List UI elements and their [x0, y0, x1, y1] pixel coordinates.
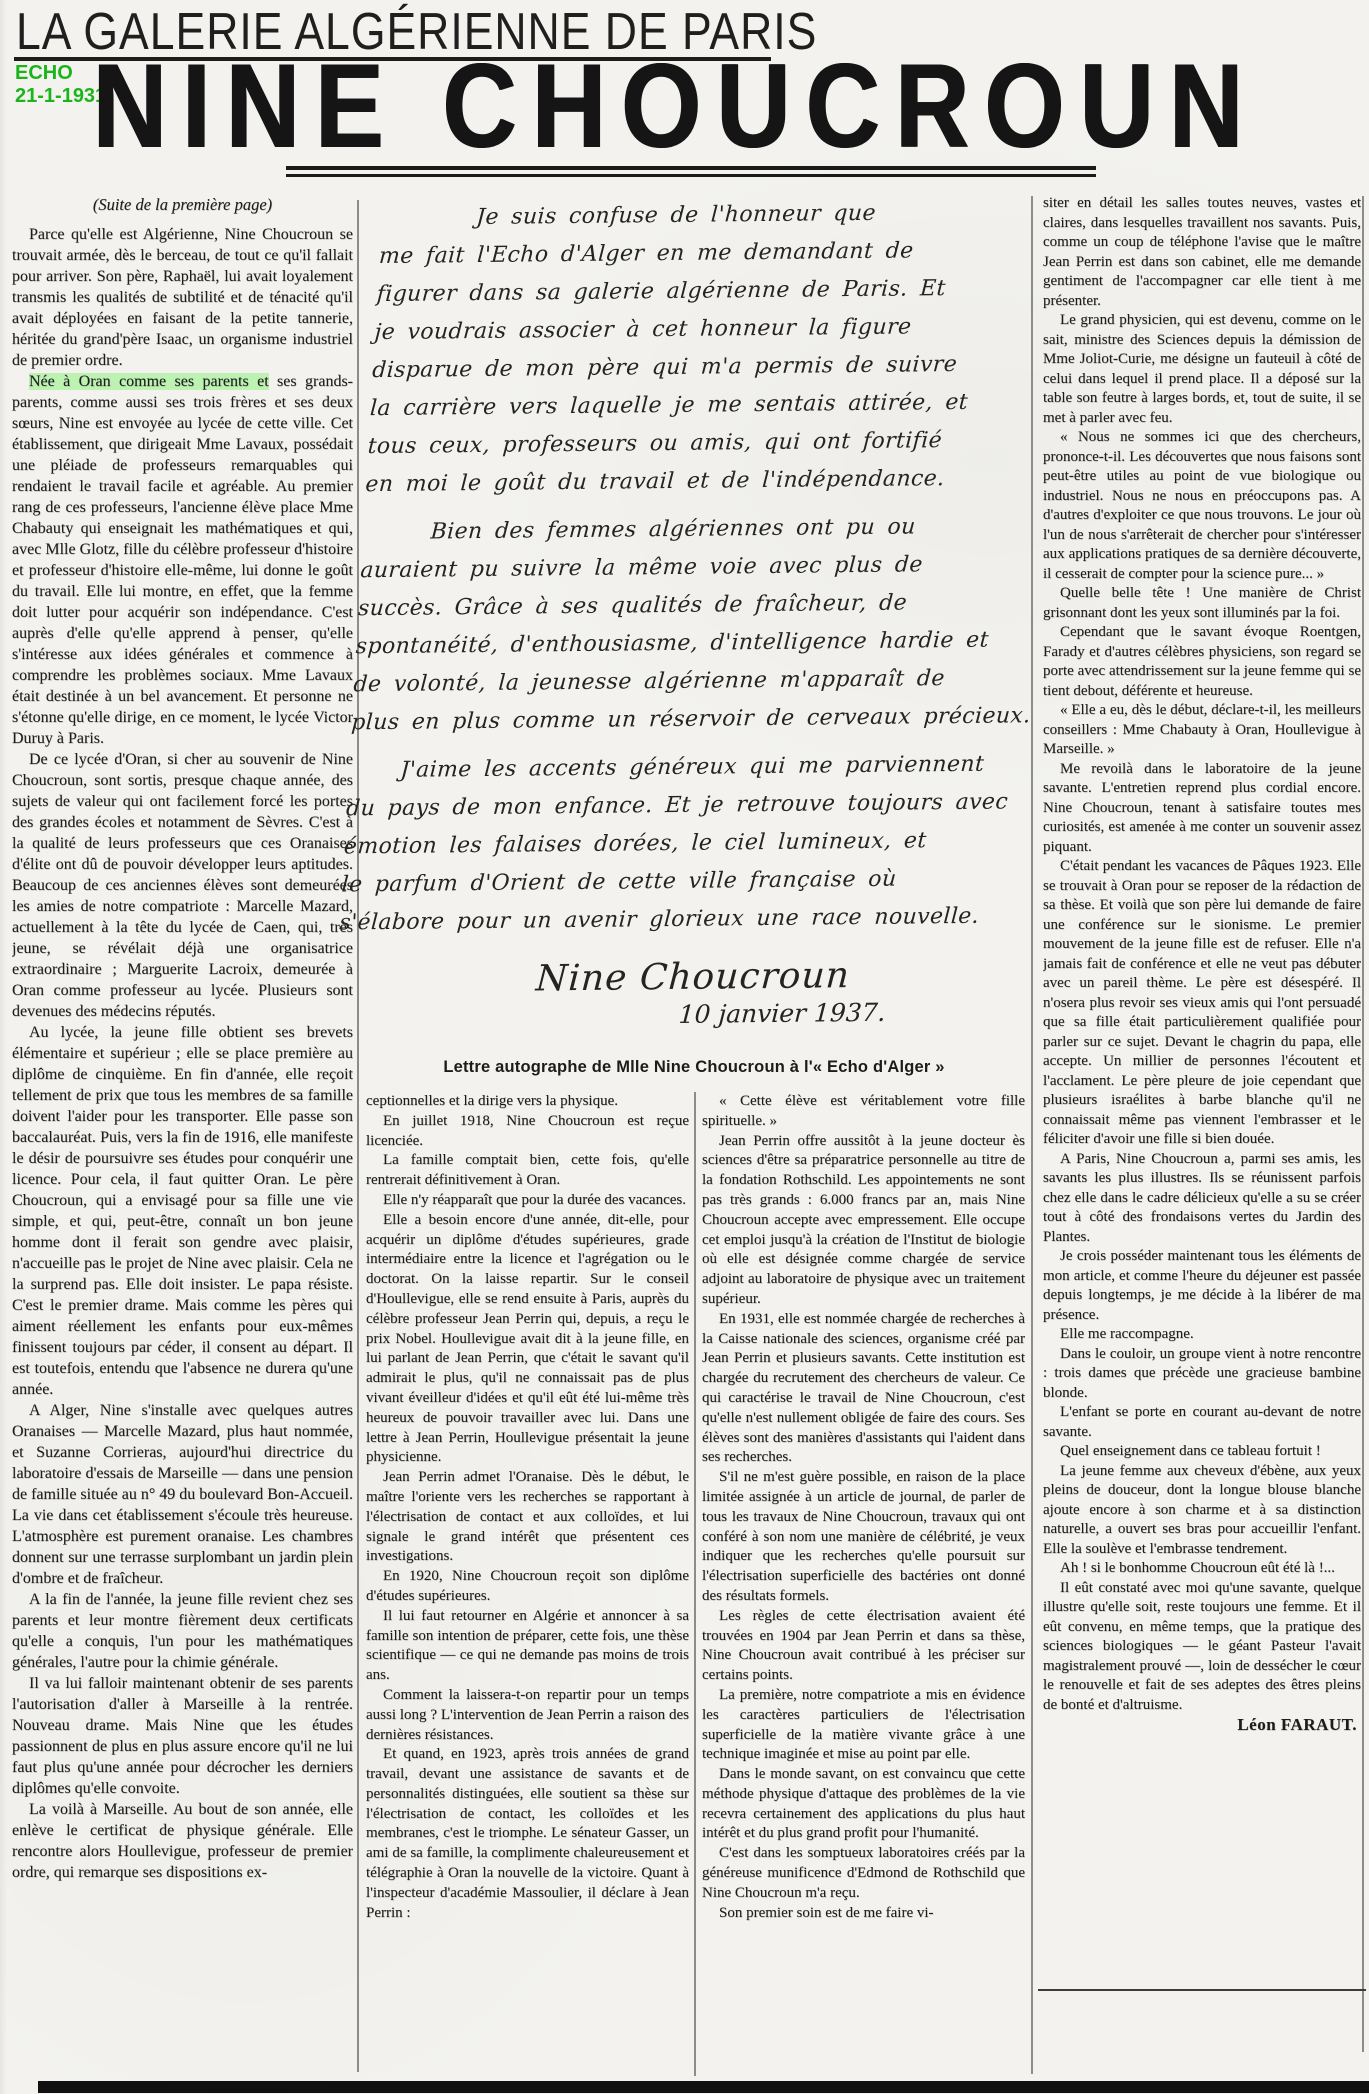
article-paragraph-highlighted: Née à Oran comme ses parents et ses gran…	[12, 371, 353, 749]
article-paragraph: C'était pendant les vacances de Pâques 1…	[1043, 857, 1361, 1150]
handwritten-line: J'aime les accents généreux qui me parvi…	[399, 752, 989, 796]
end-of-article-rule	[1038, 1989, 1366, 1991]
handwritten-date: 10 janvier 1937.	[678, 997, 975, 1029]
column-1-paragraphs: De ce lycée d'Oran, si cher au souvenir …	[12, 749, 353, 1883]
article-paragraph: La famille comptait bien, cette fois, qu…	[366, 1151, 689, 1191]
article-paragraph: En 1931, elle est nommée chargée de rech…	[702, 1310, 1025, 1468]
article-paragraph: De ce lycée d'Oran, si cher au souvenir …	[12, 749, 353, 1022]
article-paragraph: S'il ne m'est guère possible, en raison …	[702, 1468, 1025, 1607]
article-paragraph: La jeune femme aux cheveux d'ébène, aux …	[1043, 1462, 1361, 1560]
article-paragraph: A Paris, Nine Choucroun a, parmi ses ami…	[1043, 1150, 1361, 1248]
article-paragraph: L'enfant se porte en courant au-devant d…	[1043, 1403, 1361, 1442]
article-paragraph: En juillet 1918, Nine Choucroun est reçu…	[366, 1112, 689, 1152]
scan-bottom-bar	[38, 2081, 1369, 2093]
newspaper-page: LA GALERIE ALGÉRIENNE DE PARIS ECHO 21-1…	[0, 0, 1369, 2094]
handwritten-signature: Nine Choucroun	[535, 954, 977, 1000]
handwritten-line: Bien des femmes algériennes ont pu ou	[429, 514, 1003, 558]
column-divider-rule	[694, 1092, 696, 2076]
article-paragraph: Cependant que le savant évoque Roentgen,…	[1043, 623, 1361, 701]
article-paragraph: « Elle a eu, dès le début, déclare-t-il,…	[1043, 701, 1361, 760]
article-paragraph: Il lui faut retourner en Algérie et anno…	[366, 1607, 689, 1686]
article-paragraph: « Nous ne sommes ici que des chercheurs,…	[1043, 428, 1361, 584]
column-divider-rule	[1031, 196, 1033, 2074]
article-paragraph: Jean Perrin admet l'Oranaise. Dès le déb…	[366, 1468, 689, 1567]
column-divider-rule	[357, 200, 359, 2072]
article-column-3: « Cette élève est véritablement votre fi…	[702, 1092, 1025, 2080]
column-4-paragraphs: siter en détail les salles toutes neuves…	[1043, 194, 1361, 1715]
article-paragraph: Me revoilà dans le laboratoire de la jeu…	[1043, 760, 1361, 858]
article-paragraph: Comment la laissera-t-on repartir pour u…	[366, 1686, 689, 1745]
article-paragraph: Jean Perrin offre aussitôt à la jeune do…	[702, 1132, 1025, 1310]
article-paragraph: Elle n'y réapparaît que pour la durée de…	[366, 1191, 689, 1211]
handwritten-letter-image: Je suis confuse de l'honneur queme fait …	[332, 199, 1022, 1048]
article-paragraph: En 1920, Nine Choucroun reçoit son diplô…	[366, 1567, 689, 1607]
article-paragraph: A la fin de l'année, la jeune fille revi…	[12, 1589, 353, 1673]
article-paragraph: ceptionnelles et la dirige vers la physi…	[366, 1092, 689, 1112]
letter-caption: Lettre autographe de Mlle Nine Choucroun…	[358, 1058, 1030, 1077]
article-paragraph: Quelle belle tête ! Une manière de Chris…	[1043, 584, 1361, 623]
paragraph-continuation: ses grands-parents, comme aussi ses troi…	[12, 373, 353, 747]
article-paragraph: Dans le couloir, un groupe vient à notre…	[1043, 1345, 1361, 1404]
continuation-note: (Suite de la première page)	[12, 194, 353, 215]
article-paragraph: Il va lui falloir maintenant obtenir de …	[12, 1673, 353, 1799]
handwritten-line: en moi le goût du travail et de l'indépe…	[364, 465, 1006, 510]
article-paragraph: Il eût constaté avec moi qu'une savante,…	[1043, 1579, 1361, 1716]
handwritten-line: Je suis confuse de l'honneur que	[475, 199, 1022, 243]
article-column-1: (Suite de la première page) Parce qu'ell…	[12, 194, 353, 2080]
article-paragraph: Dans le monde savant, on est convaincu q…	[702, 1765, 1025, 1844]
article-paragraph: « Cette élève est véritablement votre fi…	[702, 1092, 1025, 1132]
article-headline: NINE CHOUCROUN	[92, 46, 1369, 165]
article-paragraph: Au lycée, la jeune fille obtient ses bre…	[12, 1022, 353, 1400]
article-paragraph: A Alger, Nine s'installe avec quelques a…	[12, 1400, 353, 1589]
article-paragraph: Les règles de cette électrisation avaien…	[702, 1607, 1025, 1686]
article-paragraph: Elle me raccompagne.	[1043, 1325, 1361, 1345]
article-paragraph: siter en détail les salles toutes neuves…	[1043, 194, 1361, 311]
article-paragraph: C'est dans les somptueux laboratoires cr…	[702, 1844, 1025, 1903]
article-paragraph: Son premier soin est de me faire vi-	[702, 1904, 1025, 1924]
handwritten-letter-lines: Je suis confuse de l'honneur queme fait …	[338, 199, 1022, 948]
article-paragraph: Elle a besoin encore d'une année, dit-el…	[366, 1211, 689, 1468]
article-column-4: siter en détail les salles toutes neuves…	[1043, 194, 1361, 1989]
article-paragraph: Quel enseignement dans ce tableau fortui…	[1043, 1442, 1361, 1462]
article-paragraph: La voilà à Marseille. Au bout de son ann…	[12, 1799, 353, 1883]
article-column-2: ceptionnelles et la dirige vers la physi…	[366, 1092, 689, 2080]
green-highlight-mark: Née à Oran comme ses parents et	[29, 373, 269, 390]
headline-rule	[286, 166, 1096, 177]
article-paragraph: Je crois posséder maintenant tous les él…	[1043, 1247, 1361, 1325]
article-paragraph: Le grand physicien, qui est devenu, comm…	[1043, 311, 1361, 428]
page-edge-rule	[1362, 196, 1364, 2052]
article-paragraph: Parce qu'elle est Algérienne, Nine Chouc…	[12, 224, 353, 371]
handwritten-line: plus en plus comme un réservoir de cerve…	[350, 704, 992, 749]
handwritten-line: s'élabore pour un avenir glorieux une ra…	[338, 904, 980, 949]
author-byline: Léon FARAUT.	[1043, 1715, 1361, 1735]
article-paragraph: Et quand, en 1923, après trois années de…	[366, 1745, 689, 1923]
article-paragraph: Ah ! si le bonhomme Choucroun eût été là…	[1043, 1559, 1361, 1579]
article-paragraph: La première, notre compatriote a mis en …	[702, 1686, 1025, 1765]
